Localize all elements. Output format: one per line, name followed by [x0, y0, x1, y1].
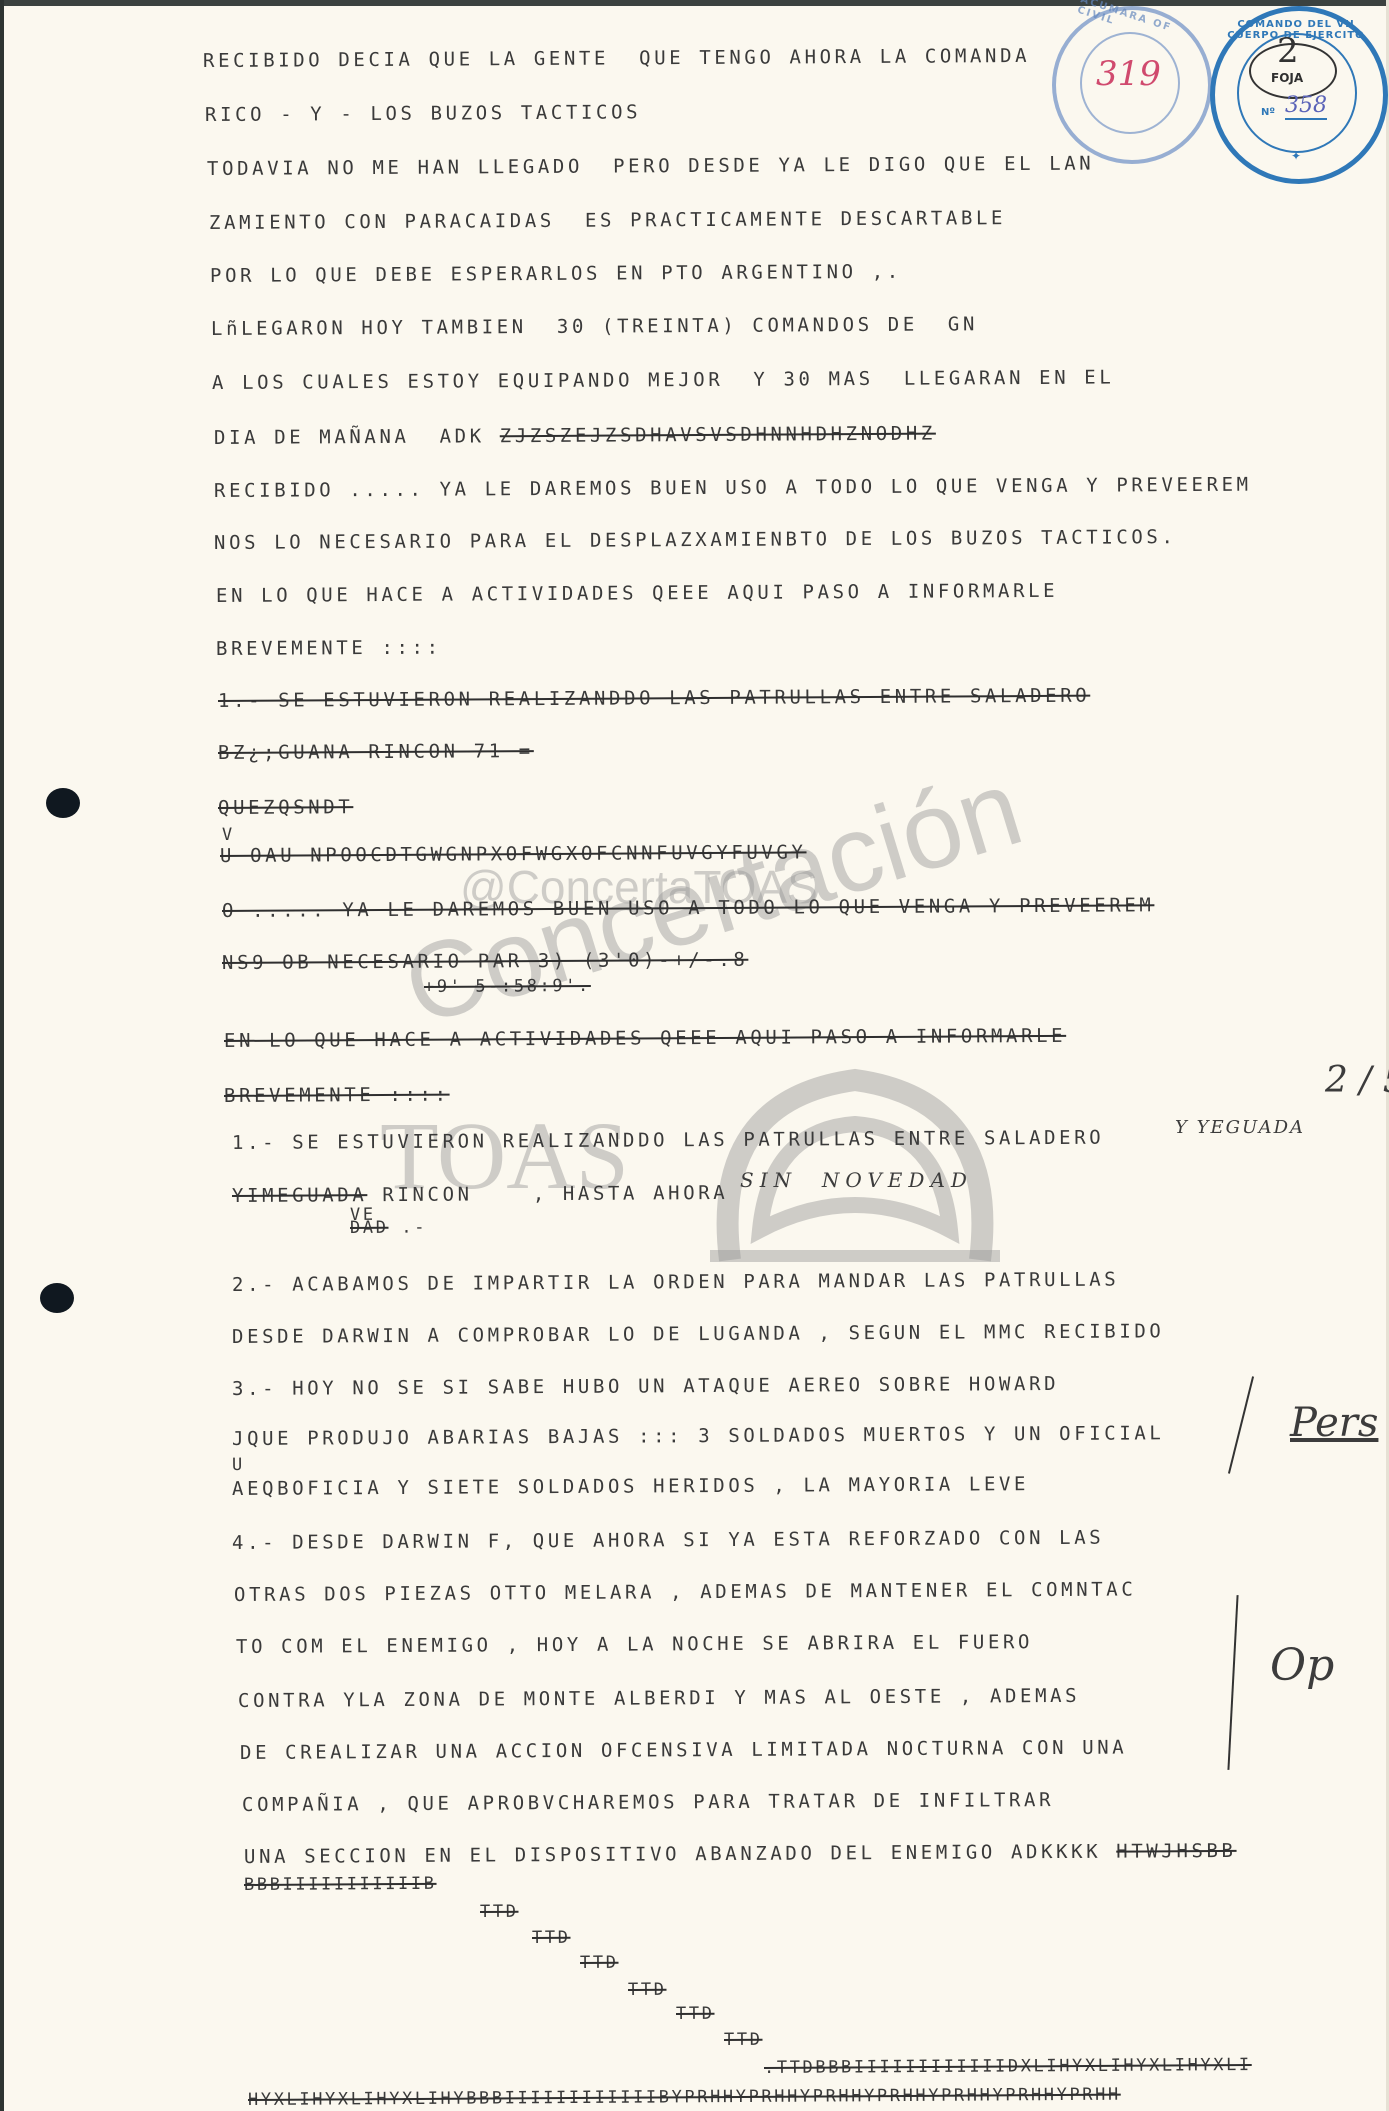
margin-bracket: [1228, 1376, 1254, 1474]
margin-note-op: Op: [1270, 1640, 1334, 1691]
stamp-number: 319: [1096, 54, 1161, 94]
transcript-line: TTD: [676, 2004, 715, 2024]
margin-bracket: [1227, 1595, 1238, 1770]
struck-text: DAD: [350, 1218, 389, 1238]
transcript-line: TO COM EL ENEMIGO , HOY A LA NOCHE SE AB…: [236, 1631, 1033, 1658]
transcript-line: COMPAÑIA , QUE APROBVCHAREMOS PARA TRATA…: [242, 1789, 1054, 1816]
transcript-line: 4.- DESDE DARWIN F, QUE AHORA SI YA ESTA…: [232, 1527, 1104, 1554]
scan-left-border: [0, 0, 4, 2111]
transcript-line: EN LO QUE HACE A ACTIVIDADES QEEE AQUI P…: [224, 1025, 1066, 1052]
transcript-line: EN LO QUE HACE A ACTIVIDADES QEEE AQUI P…: [216, 580, 1058, 607]
stamp-n-label: Nº: [1261, 107, 1275, 118]
transcript-line: DIA DE MAÑANA ADK ZJZSZEJZSDHAVSVSDHNNHD…: [214, 423, 936, 449]
handwritten-insert: Y YEGUADA: [1175, 1117, 1305, 1138]
margin-note-fraction: 2 / 5: [1325, 1060, 1389, 1101]
margin-note-pers: Pers: [1290, 1400, 1378, 1446]
handwritten-sin-novedad: SIN NOVEDAD: [740, 1168, 973, 1192]
transcript-line: YIMEGUADA RINCON , HASTA AHORA: [232, 1182, 728, 1207]
punch-hole: [46, 788, 80, 818]
transcript-line: RICO - Y - LOS BUZOS TACTICOS: [205, 101, 641, 126]
stamp-foja-label: FOJA: [1271, 71, 1303, 85]
struck-text: HTWJHSBB: [1116, 1840, 1236, 1863]
transcript-line: BBBIIIIIIIIIIIB: [244, 1874, 437, 1895]
transcript-line: TTD: [628, 1980, 667, 2000]
transcript-line: QUEZQSNDT: [218, 796, 353, 819]
transcript-line: OTRAS DOS PIEZAS OTTO MELARA , ADEMAS DE…: [234, 1578, 1136, 1606]
transcript-line: DE CREALIZAR UNA ACCION OFCENSIVA LIMITA…: [240, 1737, 1127, 1764]
transcript-line: BREVEMENTE ::::: [216, 637, 442, 660]
transcript-line: TTD: [724, 2030, 763, 2050]
transcript-line: BREVEMENTE ::::: [224, 1084, 450, 1107]
transcript-line: LñLEGARON HOY TAMBIEN 30 (TREINTA) COMAN…: [211, 313, 978, 340]
registry-stamp: ACUMARA OF CIVIL 319: [1052, 6, 1212, 164]
transcript-line: U OAU NPOOCDTGWGNPXOFWGXOFCNNFUVGYFUVGY: [220, 841, 807, 867]
transcript-line: V: [222, 825, 235, 845]
transcript-line: DAD .-: [350, 1218, 427, 1238]
transcript-line: ZAMIENTO CON PARACAIDAS ES PRACTICAMENTE…: [209, 207, 1006, 234]
transcript-line: +9' 5-:58:9'.: [424, 976, 591, 997]
transcript-line: O ..... YA LE DAREMOS BUEN USO A TODO LO…: [222, 894, 1155, 922]
transcript-line: TTD: [580, 1953, 619, 1973]
command-stamp: COMANDO DEL VII CUERPO DE EJERCITO 2 FOJ…: [1210, 6, 1388, 184]
stamp-number: 358: [1285, 93, 1327, 120]
struck-text: YIMEGUADA: [232, 1184, 367, 1207]
transcript-line: DESDE DARWIN A COMPROBAR LO DE LUGANDA ,…: [232, 1320, 1165, 1348]
transcript-line: TODAVIA NO ME HAN LLEGADO PERO DESDE YA …: [207, 153, 1094, 180]
transcript-line: U: [232, 1455, 245, 1475]
transcript-line: AEQBOFICIA Y SIETE SOLDADOS HERIDOS , LA…: [232, 1473, 1029, 1500]
transcript-line: JQUE PRODUJO ABARIAS BAJAS ::: 3 SOLDADO…: [232, 1422, 1165, 1450]
transcript-line: POR LO QUE DEBE ESPERARLOS EN PTO ARGENT…: [210, 261, 902, 287]
scan-top-border: [0, 0, 1389, 6]
transcript-line: 1.- SE ESTUVIERON REALIZANDDO LAS PATRUL…: [218, 685, 1090, 712]
transcript-line: HYXLIHYXLIHYXLIHYBBBIIIIIIIIIIIIBYPRHHYP…: [248, 2085, 1121, 2110]
transcript-line: TTD: [480, 1902, 519, 1922]
star-icon: ✦: [1291, 149, 1301, 164]
transcript-line: TTD: [532, 1928, 571, 1948]
transcript-line: CONTRA YLA ZONA DE MONTE ALBERDI Y MAS A…: [238, 1685, 1080, 1712]
transcript-line: NS9 OB NECESARIO PAR 3) (3'0)-+/-.8: [222, 949, 748, 974]
transcript-line: RECIBIDO DECIA QUE LA GENTE QUE TENGO AH…: [203, 45, 1030, 72]
transcript-line: NOS LO NECESARIO PARA EL DESPLAZXAMIENBT…: [214, 526, 1177, 554]
struck-text: ZJZSZEJZSDHAVSVSDHNNHDHZNODHZ: [500, 423, 936, 448]
transcript-line: A LOS CUALES ESTOY EQUIPANDO MEJOR Y 30 …: [212, 366, 1114, 394]
stamp-figure: 2: [1277, 31, 1299, 71]
transcript-line: .TTDBBBIIIIIIIIIIIIDXLIHYXLIHYXLIHYXLI: [764, 2055, 1252, 2078]
document-page: @ConcertaTOAS Concertación TOAS ACUMARA …: [0, 0, 1389, 2111]
diver-helmet-icon: [690, 1060, 1020, 1270]
transcript-line: BZ¿;GUANA RINCON 71 =: [218, 740, 534, 764]
punch-hole: [40, 1283, 74, 1313]
transcript-line: 2.- ACABAMOS DE IMPARTIR LA ORDEN PARA M…: [232, 1269, 1119, 1296]
transcript-line: 3.- HOY NO SE SI SABE HUBO UN ATAQUE AER…: [232, 1373, 1059, 1400]
transcript-line: RECIBIDO ..... YA LE DAREMOS BUEN USO A …: [214, 474, 1252, 502]
transcript-line: UNA SECCION EN EL DISPOSITIVO ABANZADO D…: [244, 1840, 1237, 1868]
